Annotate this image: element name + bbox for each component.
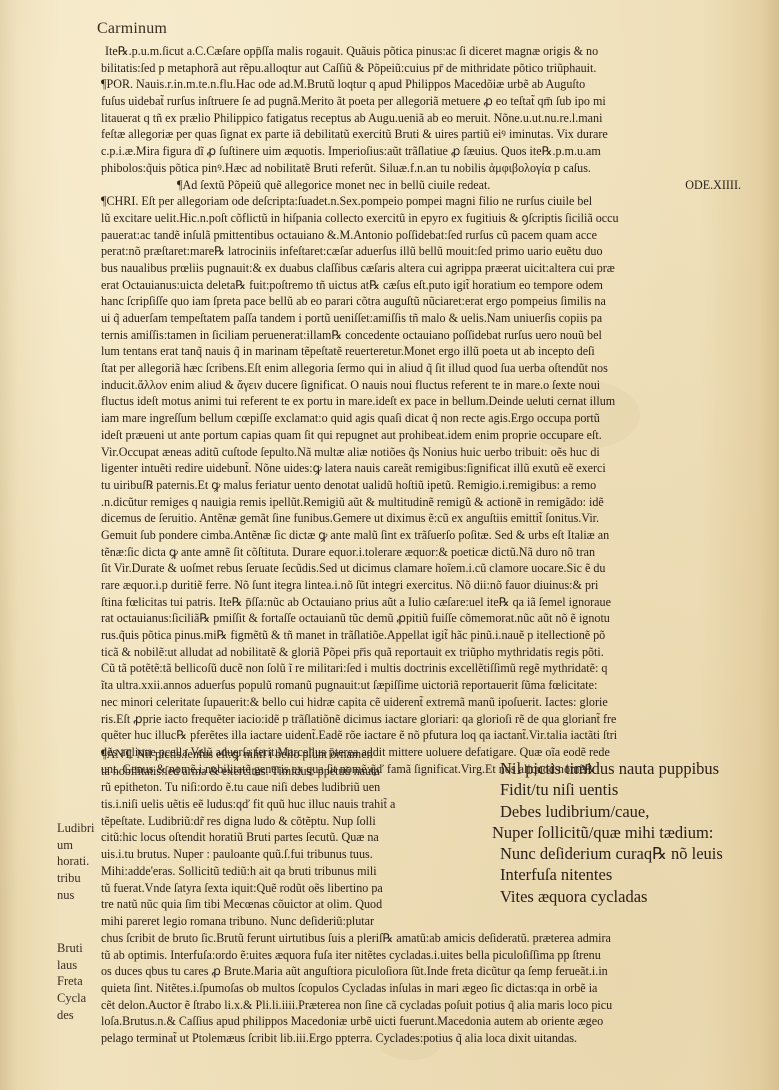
text-line: ta nobilitatis:ſed arma & exercitus. Tim… xyxy=(101,763,485,780)
text-line: ſtina fœlicitas tui patris. Ite℞ p̄ſſa:n… xyxy=(101,594,761,611)
text-line: ¶ANT. Nil pictis.ſenſus eſt:ꝙ nihil i be… xyxy=(101,746,485,763)
text-line: phibolos:q̃uis põtica pinꝰ.Hæc ad nobili… xyxy=(101,160,761,177)
text-line: Mihi:adde'eras. Sollicitũ tediũ:h ait qa… xyxy=(101,863,485,880)
text-line: litauerat q tñ ex prælio Philippico fati… xyxy=(101,110,761,127)
text-line: os duces qbus tu cares ꝓ Brute.Maria aũt… xyxy=(101,963,761,980)
text-line: lum tentans erat tanq̃ nauis q̃ in marin… xyxy=(101,343,761,360)
verse-line: Fidit/tu niſi uentis xyxy=(492,779,777,800)
text-line: ſit Vir.Durate & uoſmet rebus ſeruate ſe… xyxy=(101,560,761,577)
text-line: rat octauianus:ſiciliã℞ pmiſſit & fortaſ… xyxy=(101,610,761,627)
text-line: lũ excitare uelit.Hic.n.poſt cõflictũ in… xyxy=(101,210,761,227)
text-line: inducit.ἄλλον enim aliud & ἄγειν ducere … xyxy=(101,377,761,394)
text-line: loſa.Brutus.n.& Caſſius apud philippos M… xyxy=(101,1013,761,1030)
text-line: .n.dicũtur remiges q nauigia remis ipell… xyxy=(101,494,761,511)
text-line: quẽter huc illuc℞ pferẽtes illa iactare … xyxy=(101,727,761,744)
text-line: ¶POR. Nauis.r.in.m.te.n.flu.Hac ode ad.M… xyxy=(101,76,761,93)
text-line: mihi pareret legio romana tribuno. Nunc … xyxy=(101,913,485,930)
text-line: tis.i.niſi uelis uẽtis eẽ ludus:qď fit q… xyxy=(101,796,485,813)
commentary-narrow-block: ¶ANT. Nil pictis.ſenſus eſt:ꝙ nihil i be… xyxy=(101,746,485,930)
verse-line: Debes ludibrium/caue, xyxy=(492,801,777,822)
text-line: perat:nõ præſtaret:mare℞ latrociniis inf… xyxy=(101,243,761,260)
text-line: quieta ſint. Nitẽtes.i.ſpumoſas ob multo… xyxy=(101,980,761,997)
text-line: tre natũ nũc quia ſim tibi Mecœnas cõuic… xyxy=(101,896,485,913)
text-line: ternis amiſſis:tamen in ſiciliam peruene… xyxy=(101,327,761,344)
marginal-note-bruti-laus: Bruti laus Freta Cycla des xyxy=(57,940,97,1024)
text-line: tẽnæ:ſic dicta ꝙ ante amnẽ ſit cõſtituta… xyxy=(101,544,761,561)
verse-line: Nuper ſollicitũ/quæ mihi tædium: xyxy=(492,822,777,843)
verse-line: Nunc deſiderium curaq℞ nõ leuis xyxy=(492,843,777,864)
marginal-line: des xyxy=(57,1007,97,1024)
marginal-line: Freta xyxy=(57,973,97,990)
marginal-line: horati. xyxy=(57,853,97,870)
text-line: ligenter intuẽti redire uidebunt̃. Nõne … xyxy=(101,460,761,477)
text-line: Ite℞.p.u.m.ſicut a.C.Cæſare opp̄ſſa mali… xyxy=(101,43,761,60)
text-line: tẽpeſtate. Ludibriũ:dr̃ res digna ludo &… xyxy=(101,813,485,830)
text-line: rare æquor.i.p duritiẽ ferre. Nõ ſunt it… xyxy=(101,577,761,594)
marginal-line: Bruti xyxy=(57,940,97,957)
text-line: rũ epitheton. Tu niſi:ordo ẽ.tu caue niſ… xyxy=(101,779,485,796)
verse-line: Interfuſa nitentes xyxy=(492,864,777,885)
text-line: ĩta ultra.xxii.annos aduerſus populũ rom… xyxy=(101,677,761,694)
text-line: feſtæ allegoriæ per quas ſignat ex parte… xyxy=(101,126,761,143)
text-line: chus ſcribit de bruto ſic.Brutũ ferunt u… xyxy=(101,930,761,947)
text-line: fuſus uidebat̃ rurſus inſtruere ſe ad pu… xyxy=(101,93,761,110)
text-line: Gemuit ſub pondere cimba.Antẽnæ ſic dict… xyxy=(101,527,761,544)
book-page: Carminum Ite℞.p.u.m.ſicut a.C.Cæſare opp… xyxy=(0,0,779,1090)
text-line: Cũ tã potẽtẽ:tã bellicoſũ ducẽ non ſolũ … xyxy=(101,660,761,677)
ode-heading-text: ¶Ad ſextũ Põpeiũ quẽ allegorice monet ne… xyxy=(177,178,490,192)
text-line: bilitatis:ſed p metaphorã aut rẽpu.alloq… xyxy=(101,60,761,77)
marginal-line: Cycla xyxy=(57,990,97,1007)
text-line: c.p.i.æ.Mira figura dĩ ꝓ ſuſtinere uim æ… xyxy=(101,143,761,160)
verse-line: Nil pictis timidus nauta puppibus xyxy=(492,758,777,779)
ode-number: ODE.XIIII. xyxy=(685,177,741,194)
text-line: nec minori celeritate ſupauerit:& bello … xyxy=(101,694,761,711)
text-line: cẽt delon.Auctor ẽ ſtrabo li.x.& Pli.li.… xyxy=(101,997,761,1014)
marginal-line: tribu xyxy=(57,870,97,887)
verse-line: Vites æquora cycladas xyxy=(492,886,777,907)
text-line: hanc ſcripſiſſe quo iam ſpreta pace bell… xyxy=(101,293,761,310)
text-line: pelago terminat̃ ut Ptolemæus ſcribit li… xyxy=(101,1030,761,1047)
marginal-line: laus xyxy=(57,957,97,974)
text-line: ui q̃ aduerſam tempeſtatem paſſa tandem … xyxy=(101,310,761,327)
text-line: tũ fuerat.Vnde ſatyra ſexta iquit:Quẽ ro… xyxy=(101,880,485,897)
text-line: ¶CHRI. Eſt per allegoriam ode deſcripta:… xyxy=(101,193,761,210)
text-line: ticã & nobilẽ:ut alludat ad nobilitatẽ &… xyxy=(101,644,761,661)
text-line: ideſt præueni ut ante portum capias quam… xyxy=(101,427,761,444)
text-line: erat Octauianus:uicta deleta℞ fuit:poſtr… xyxy=(101,277,761,294)
text-line: ris.Eſt ꝓprie iacto frequẽter iacio:idẽ … xyxy=(101,711,761,728)
text-line: tu uiribuſ℞ paternis.Et ꝙ malus feriatur… xyxy=(101,477,761,494)
text-line: tũ ab optimis. Interfuſa:ordo ẽ:uites æq… xyxy=(101,947,761,964)
text-line: pauerat:ac tandẽ inſulã pmittentibus oct… xyxy=(101,227,761,244)
text-line: citũ:hic locus oſtendit horatiũ Bruti pa… xyxy=(101,829,485,846)
running-head: Carminum xyxy=(97,20,167,38)
ode-verse-block: Nil pictis timidus nauta puppibus Fidit/… xyxy=(492,758,777,907)
text-line: uis.i.tu brutus. Nuper : pauloante quũ.ſ… xyxy=(101,846,485,863)
text-line: rus.q̃uis põtica pinus.mi℞ figmẽtũ & tñ … xyxy=(101,627,761,644)
marginal-note-ludibrium: Ludibri um horati. tribu nus xyxy=(57,820,97,904)
text-line: ſtat per allegoriã hæc ſcribens.Eſt enim… xyxy=(101,360,761,377)
commentary-block: Ite℞.p.u.m.ſicut a.C.Cæſare opp̄ſſa mali… xyxy=(101,43,761,777)
marginal-line: um xyxy=(57,837,97,854)
text-line: fluctus ideſt motus animi tui referent t… xyxy=(101,393,761,410)
marginal-line: Ludibri xyxy=(57,820,97,837)
text-line: dicemus de ſeruitio. Antẽnæ gemãt ſine f… xyxy=(101,510,761,527)
marginal-line: nus xyxy=(57,887,97,904)
commentary-bottom-block: chus ſcribit de bruto ſic.Brutũ ferunt u… xyxy=(101,930,761,1047)
ode-heading: ¶Ad ſextũ Põpeiũ quẽ allegorice monet ne… xyxy=(101,177,761,194)
text-line: bus naualibus prœliis pugnauit:& ex duab… xyxy=(101,260,761,277)
text-line: Vir.Occupat æneas aditũ cuſtode ſepulto.… xyxy=(101,444,761,461)
text-line: iam mare ingreſſum bellum cœpiſſe exclam… xyxy=(101,410,761,427)
